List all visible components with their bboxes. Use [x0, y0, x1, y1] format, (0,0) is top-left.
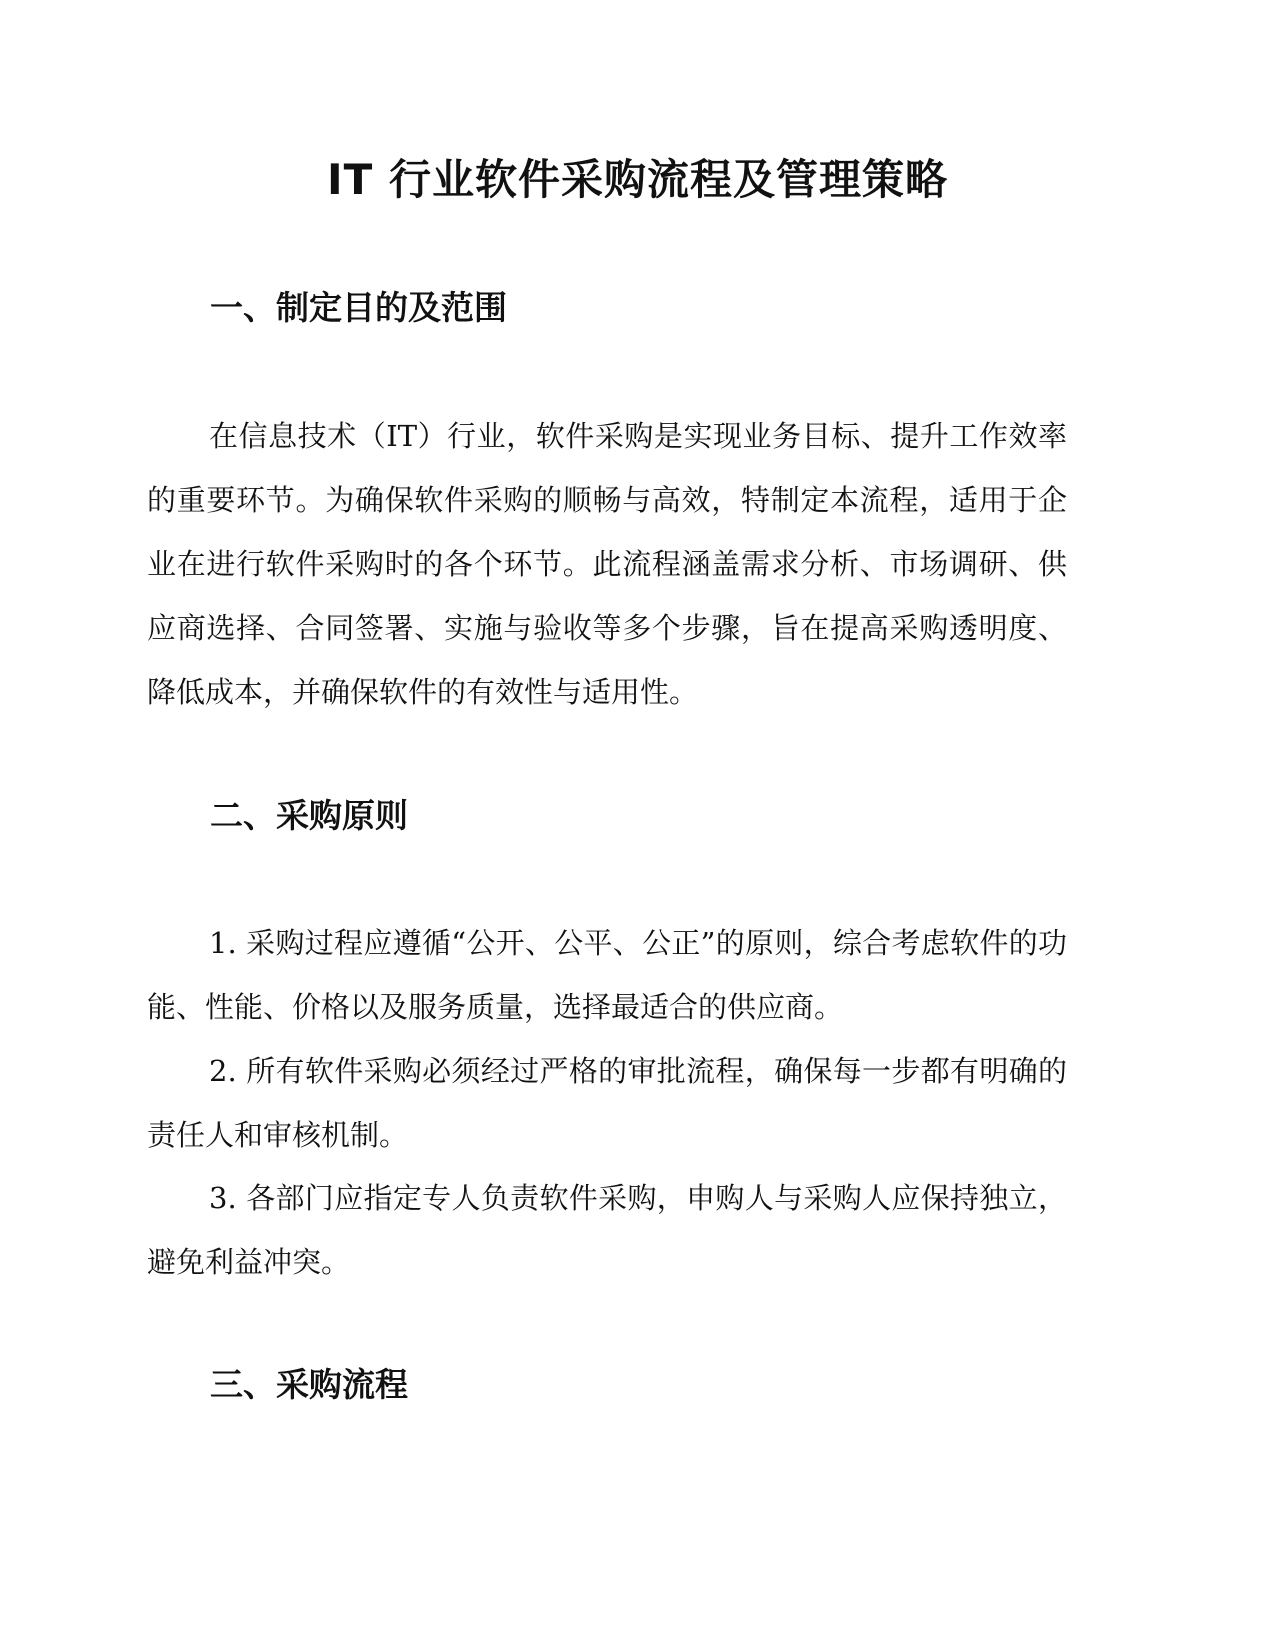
section-heading-purpose-scope: 一、制定目的及范围	[210, 284, 507, 332]
paragraph-purpose-scope: 在信息技术（IT）行业，软件采购是实现业务目标、提升工作效率的重要环节。为确保软…	[147, 404, 1067, 724]
document-title: IT 行业软件采购流程及管理策略	[0, 150, 1275, 210]
principle-item-3: 3. 各部门应指定专人负责软件采购，申购人与采购人应保持独立，避免利益冲突。	[147, 1166, 1067, 1294]
section-heading-procedure: 三、采购流程	[210, 1361, 408, 1409]
document-page: IT 行业软件采购流程及管理策略 一、制定目的及范围 在信息技术（IT）行业，软…	[0, 0, 1275, 1650]
principle-item-2: 2. 所有软件采购必须经过严格的审批流程，确保每一步都有明确的责任人和审核机制。	[147, 1039, 1067, 1167]
section-heading-principles: 二、采购原则	[210, 792, 408, 840]
principle-item-1: 1. 采购过程应遵循“公开、公平、公正”的原则，综合考虑软件的功能、性能、价格以…	[147, 911, 1067, 1039]
